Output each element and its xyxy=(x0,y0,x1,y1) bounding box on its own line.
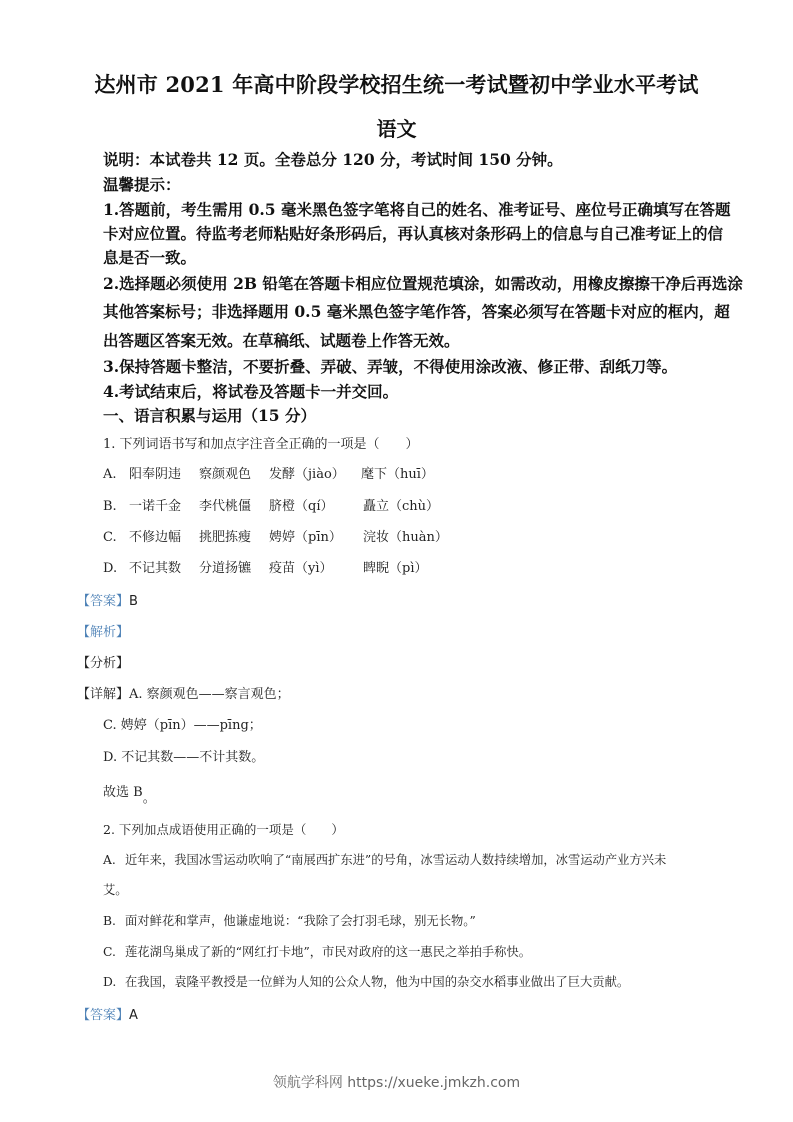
option-word: 脐橙（qí） xyxy=(269,495,363,514)
tip-line: 其他答案标号；非选择题用 0.5 毫米黑色签字笔作答，答案必须写在答题卡对应的框… xyxy=(103,300,730,322)
answer-tag: 【答案】 xyxy=(77,1008,129,1023)
option-label: B. xyxy=(103,914,125,928)
tip-line: 4.考试结束后，将试卷及答题卡一并交回。 xyxy=(103,380,398,402)
question-1-stem: 1. 下列词语书写和加点字注音全正确的一项是（ ） xyxy=(103,433,419,452)
option-word: 发酵（jiào） xyxy=(269,463,361,482)
question-1-option-a: A.阳奉阴违察颜观色发酵（jiào）麾下（huī） xyxy=(103,463,434,482)
exam-title: 达州市 2021 年高中阶段学校招生统一考试暨初中学业水平考试 xyxy=(0,69,793,99)
option-word: 分道扬镳 xyxy=(199,557,269,576)
detail-tag: 【详解】 xyxy=(77,687,129,702)
detail-line: D. 不记其数——不计其数。 xyxy=(103,746,264,765)
option-label: C. xyxy=(103,945,125,959)
tip-line: 1.答题前，考生需用 0.5 毫米黑色签字笔将自己的姓名、准考证号、座位号正确填… xyxy=(103,198,730,220)
tip-line: 卡对应位置。待监考老师粘贴好条形码后，再认真核对条形码上的信息与自己准考证上的信 xyxy=(103,222,723,244)
option-label: D. xyxy=(103,561,129,576)
option-word: 不修边幅 xyxy=(129,526,199,545)
section-heading: 一、语言积累与运用（15 分） xyxy=(103,404,316,426)
conclusion-text: 故选 B xyxy=(103,785,143,800)
option-word: 矗立（chù） xyxy=(363,495,439,514)
option-word: 娉婷（pīn） xyxy=(269,526,363,545)
option-word: 麾下（huī） xyxy=(361,463,434,482)
answer-line-2: 【答案】A xyxy=(77,1004,138,1023)
question-2-option-c: C.莲花湖鸟巢成了新的“网红打卡地”，市民对政府的这一惠民之举拍手称快。 xyxy=(103,942,531,960)
option-label: A. xyxy=(103,467,129,482)
conclusion-period: 。 xyxy=(143,791,156,806)
answer-line-1: 【答案】B xyxy=(77,590,138,609)
option-word: 浣妆（huàn） xyxy=(363,526,448,545)
option-word: 李代桃僵 xyxy=(199,495,269,514)
fenxi-tag: 【分析】 xyxy=(77,652,129,671)
option-word: 挑肥拣瘦 xyxy=(199,526,269,545)
option-word: 阳奉阴违 xyxy=(129,463,199,482)
option-word: 疫苗（yì） xyxy=(269,557,363,576)
option-label: C. xyxy=(103,530,129,545)
question-2-option-d: D.在我国，袁隆平教授是一位鲜为人知的公众人物，他为中国的杂交水稻事业做出了巨大… xyxy=(103,972,629,990)
answer-value: A xyxy=(129,1008,138,1023)
answer-tag: 【答案】 xyxy=(77,594,129,609)
tips-heading: 温馨提示： xyxy=(103,173,181,195)
option-word: 不记其数 xyxy=(129,557,199,576)
question-2-option-a: A.近年来，我国冰雪运动吹响了“南展西扩东进”的号角，冰雪运动人数持续增加，冰雪… xyxy=(103,850,666,868)
option-text: 面对鲜花和掌声，他谦虚地说：“我除了会打羽毛球，别无长物。” xyxy=(125,914,476,928)
exam-note: 说明：本试卷共 12 页。全卷总分 120 分，考试时间 150 分钟。 xyxy=(103,148,563,170)
option-text: 莲花湖鸟巢成了新的“网红打卡地”，市民对政府的这一惠民之举拍手称快。 xyxy=(125,945,531,959)
option-label: A. xyxy=(103,853,125,867)
option-word: 睥睨（pì） xyxy=(363,557,427,576)
footer-watermark: 领航学科网 https://xueke.jmkzh.com xyxy=(0,1072,793,1092)
detail-line: C. 娉婷（pīn）——pīng； xyxy=(103,714,262,733)
question-2-stem: 2. 下列加点成语使用正确的一项是（ ） xyxy=(103,820,344,838)
option-word: 一诺千金 xyxy=(129,495,199,514)
detail-line: 【详解】A. 察颜观色——察言观色； xyxy=(77,683,290,702)
tip-line: 2.选择题必须使用 2B 铅笔在答题卡相应位置规范填涂，如需改动，用橡皮擦擦干净… xyxy=(103,272,743,294)
question-1-option-d: D.不记其数分道扬镳疫苗（yì）睥睨（pì） xyxy=(103,557,427,576)
option-text: 近年来，我国冰雪运动吹响了“南展西扩东进”的号角，冰雪运动人数持续增加，冰雪运动… xyxy=(125,853,666,867)
tip-line: 出答题区答案无效。在草稿纸、试题卷上作答无效。 xyxy=(103,329,460,351)
exam-subject: 语文 xyxy=(0,113,793,142)
analysis-tag: 【解析】 xyxy=(77,621,129,640)
question-2-option-a-cont: 艾。 xyxy=(103,880,128,898)
exam-page: 达州市 2021 年高中阶段学校招生统一考试暨初中学业水平考试 语文 说明：本试… xyxy=(0,0,793,1122)
conclusion: 故选 B。 xyxy=(103,781,156,800)
question-1-option-c: C.不修边幅挑肥拣瘦娉婷（pīn）浣妆（huàn） xyxy=(103,526,448,545)
option-word: 察颜观色 xyxy=(199,463,269,482)
question-2-option-b: B.面对鲜花和掌声，他谦虚地说：“我除了会打羽毛球，别无长物。” xyxy=(103,911,476,929)
tip-line: 3.保持答题卡整洁，不要折叠、弄破、弄皱，不得使用涂改液、修正带、刮纸刀等。 xyxy=(103,355,677,377)
answer-value: B xyxy=(129,594,138,609)
tip-line: 息是否一致。 xyxy=(103,246,196,268)
option-text: 在我国，袁隆平教授是一位鲜为人知的公众人物，他为中国的杂交水稻事业做出了巨大贡献… xyxy=(125,975,629,989)
detail-text: A. 察颜观色——察言观色； xyxy=(129,687,290,702)
question-1-option-b: B.一诺千金李代桃僵脐橙（qí）矗立（chù） xyxy=(103,495,439,514)
option-label: B. xyxy=(103,499,129,514)
option-label: D. xyxy=(103,975,125,989)
